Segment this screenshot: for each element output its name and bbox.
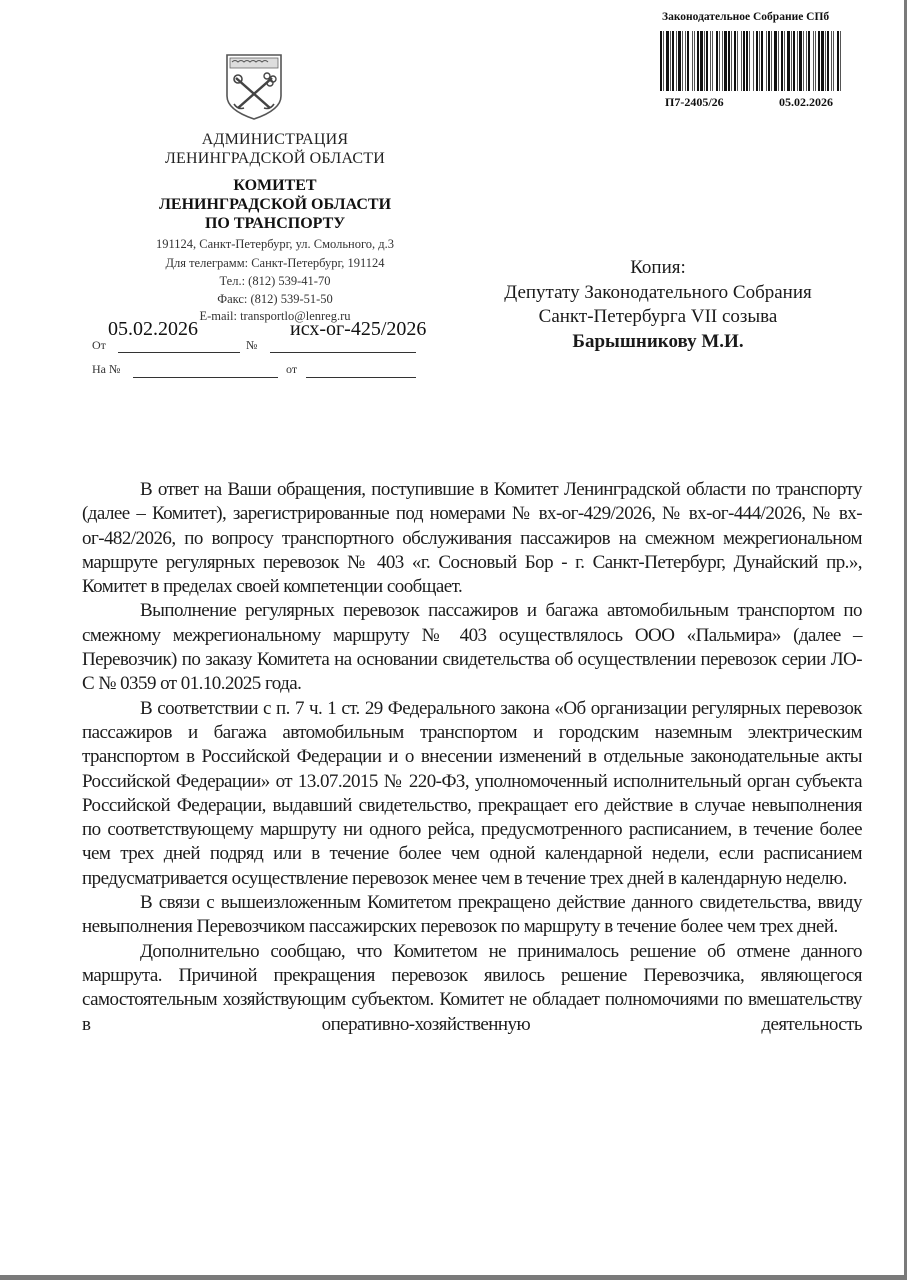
admin-line-2: ЛЕНИНГРАДСКОЙ ОБЛАСТИ [60,150,490,168]
body-paragraph: В ответ на Ваши обращения, поступившие в… [82,478,862,599]
barcode-stamp-title: Законодательное Собрание СПб [662,11,829,23]
committee-address: 191124, Санкт-Петербург, ул. Смольного, … [60,237,490,252]
barcode-date: 05.02.2026 [779,95,833,110]
committee-line-3: ПО ТРАНСПОРТУ [60,215,490,233]
coat-of-arms-icon [224,52,284,122]
committee-telegram: Для телеграмм: Санкт-Петербург, 191124 [60,256,490,271]
addressee-copy-label: Копия: [460,257,856,279]
committee-line-2: ЛЕНИНГРАДСКОЙ ОБЛАСТИ [60,196,490,214]
addressee-name: Барышникову М.И. [460,331,856,353]
committee-line-1: КОМИТЕТ [60,177,490,195]
reply-date-underline [306,377,416,378]
admin-line-1: АДМИНИСТРАЦИЯ [60,131,490,149]
body-paragraph: В соответствии с п. 7 ч. 1 ст. 29 Федера… [82,697,862,891]
body-paragraph: В связи с вышеизложенным Комитетом прекр… [82,891,862,940]
outgoing-date: 05.02.2026 [108,318,198,341]
reply-to-underline [133,377,278,378]
reply-date-label: от [286,362,297,377]
reply-to-label: На № [92,362,120,377]
number-label: № [246,338,257,353]
body-paragraph: Выполнение регулярных перевозок пассажир… [82,599,862,696]
outgoing-number: исх-ог-425/2026 [290,318,426,341]
barcode-icon [660,31,843,91]
letter-body: В ответ на Ваши обращения, поступившие в… [82,478,862,1037]
committee-phone: Тел.: (812) 539-41-70 [60,274,490,289]
barcode-reg-number: П7-2405/26 [665,95,724,110]
addressee-convocation: Санкт-Петербурга VII созыва [460,306,856,328]
from-label: От [92,338,106,353]
body-paragraph: Дополнительно сообщаю, что Комитетом не … [82,940,862,1037]
number-underline [270,352,416,353]
committee-fax: Факс: (812) 539-51-50 [60,292,490,307]
addressee-position: Депутату Законодательного Собрания [460,282,856,304]
scan-edge-bottom [0,1275,907,1280]
from-underline [118,352,240,353]
